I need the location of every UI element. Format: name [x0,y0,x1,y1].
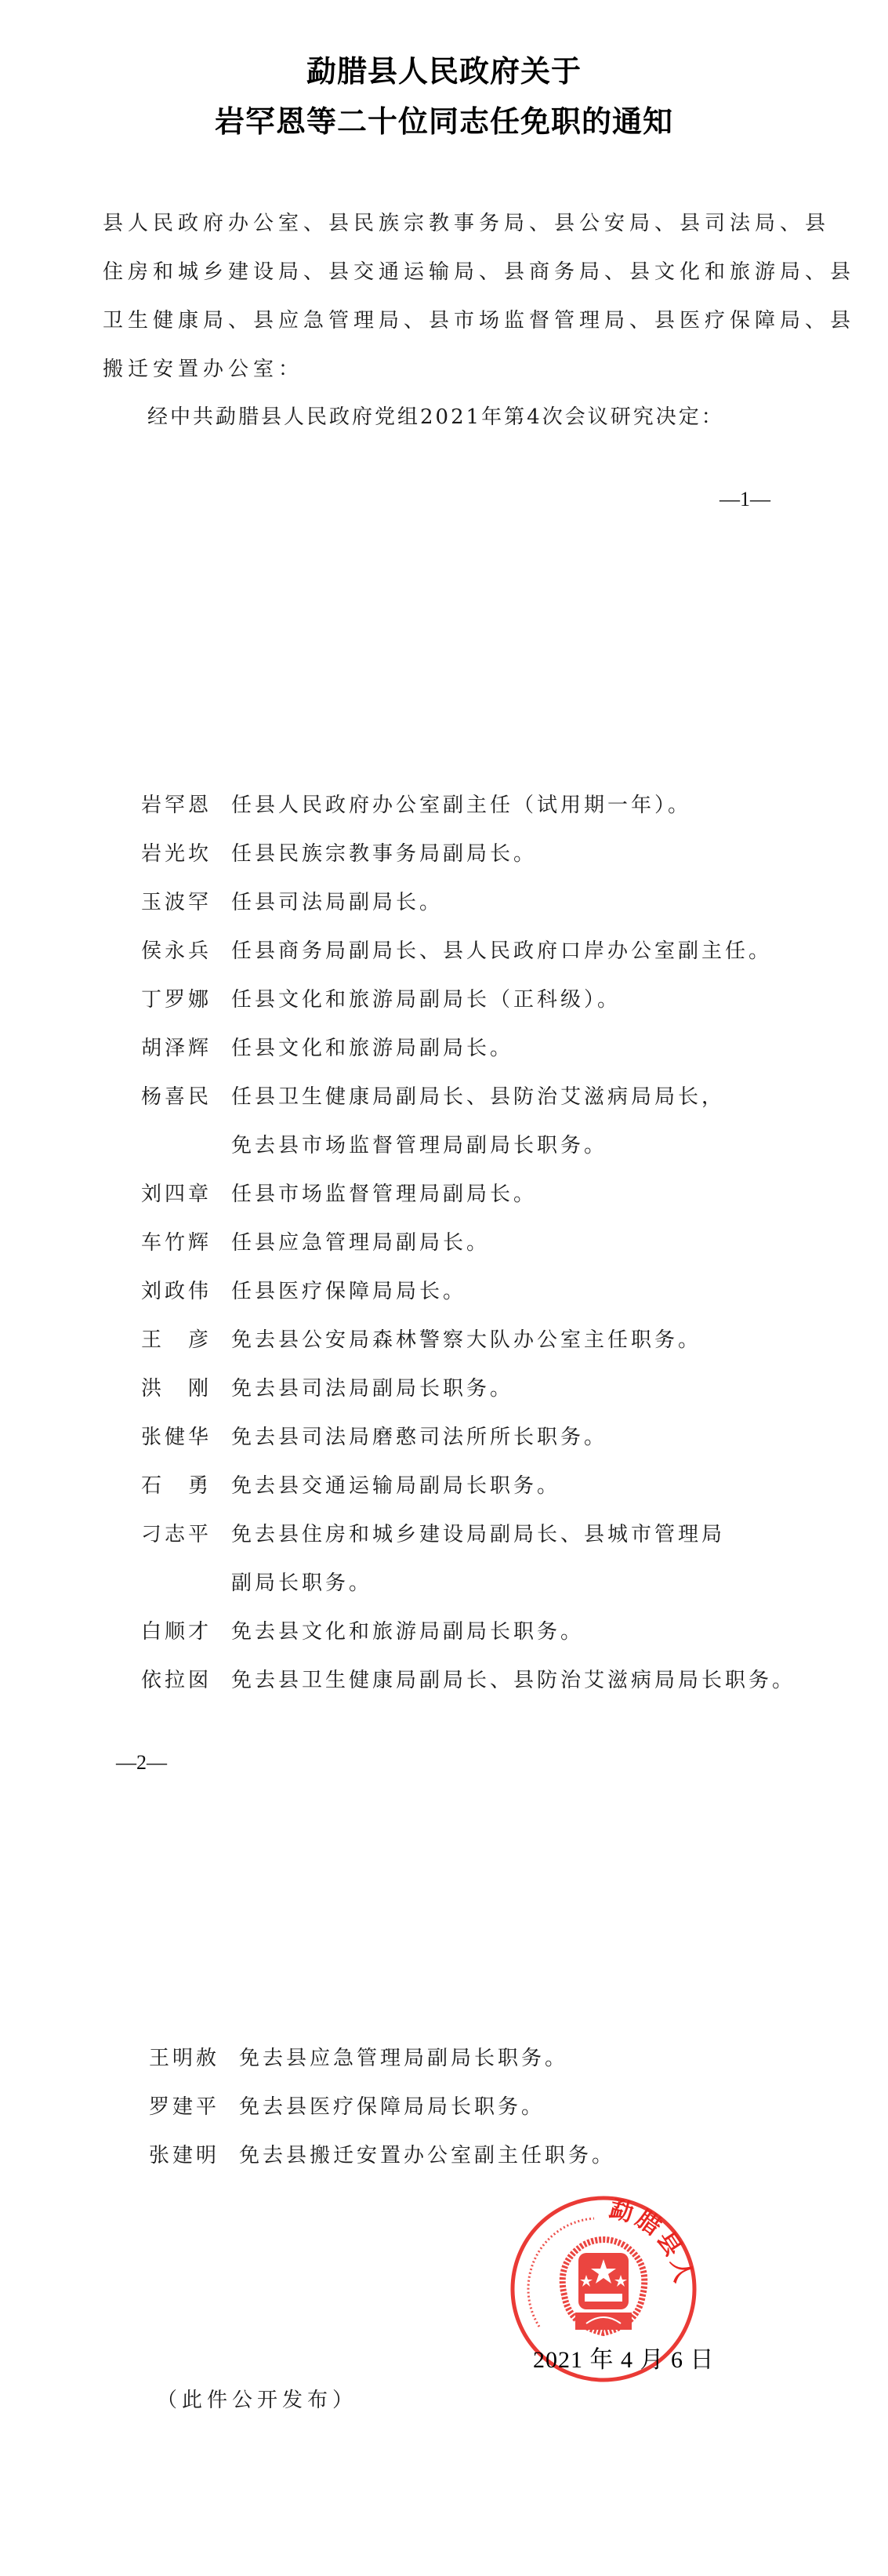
person-name: 岩光坎 [141,842,212,866]
person-name: 玉波罕 [141,891,212,914]
person-name: 白顺才 [141,1620,212,1644]
person-name: 刘四章 [141,1183,212,1206]
person-name: 杨喜民 [141,1085,212,1109]
appointment-continuation: 副局长职务。 [231,1571,372,1595]
decision-intro: 经中共勐腊县人民政府党组2021年第4次会议研究决定： [147,405,724,429]
person-name: 刁志平 [141,1523,212,1546]
person-name: 王明赦 [149,2047,219,2070]
page-number-2: —2— [116,1751,167,1775]
person-name: 胡泽辉 [141,1037,212,1060]
person-name: 张健华 [141,1426,212,1449]
person-duty: 免去县应急管理局副局长职务。 [239,2047,568,2070]
person-duty: 免去县文化和旅游局副局长职务。 [231,1620,584,1644]
person-duty: 免去县卫生健康局副局长、县防治艾滋病局局长职务。 [231,1669,796,1692]
issue-date: 2021 年 4 月 6 日 [533,2340,715,2374]
person-name: 石 勇 [141,1474,212,1498]
person-duty: 任县文化和旅游局副局长（正科级）。 [231,988,621,1012]
person-duty: 免去县司法局磨憨司法所所长职务。 [231,1426,607,1449]
publication-note: （此件公开发布） [157,2384,357,2413]
person-duty: 免去县司法局副局长职务。 [231,1377,513,1401]
person-duty: 免去县交通运输局副局长职务。 [231,1474,560,1498]
person-duty: 任县卫生健康局副局长、县防治艾滋病局局长， [231,1085,725,1109]
person-name: 张建明 [149,2144,219,2167]
person-name: 岩罕恩 [141,794,212,817]
person-duty: 任县文化和旅游局副局长。 [231,1037,513,1060]
person-name: 车竹辉 [141,1231,212,1255]
person-duty: 任县人民政府办公室副主任（试用期一年）。 [231,794,691,817]
person-duty: 免去县住房和城乡建设局副局长、县城市管理局 [231,1523,725,1546]
person-duty: 任县商务局副局长、县人民政府口岸办公室副主任。 [231,939,772,963]
addressee-line: 卫生健康局、县应急管理局、县市场监督管理局、县医疗保障局、县 [103,309,855,332]
person-duty: 任县司法局副局长。 [231,891,443,914]
person-name: 丁罗娜 [141,988,212,1012]
person-name: 王 彦 [141,1328,212,1352]
person-name: 侯永兵 [141,939,212,963]
person-duty: 任县应急管理局副局长。 [231,1231,490,1255]
document-title-line1: 勐腊县人民政府关于 [0,47,888,90]
person-duty: 免去县医疗保障局局长职务。 [239,2095,545,2119]
person-duty: 免去县公安局森林警察大队办公室主任职务。 [231,1328,701,1352]
person-name: 洪 刚 [141,1377,212,1401]
addressee-line: 搬迁安置办公室： [103,358,303,381]
person-name: 刘政伟 [141,1280,212,1303]
person-duty: 任县市场监督管理局副局长。 [231,1183,537,1206]
person-name: 依拉囡 [141,1669,212,1692]
addressee-line: 住房和城乡建设局、县交通运输局、县商务局、县文化和旅游局、县 [103,260,855,284]
person-duty: 免去县搬迁安置办公室副主任职务。 [239,2144,615,2167]
appointment-continuation: 免去县市场监督管理局副局长职务。 [231,1134,607,1157]
person-name: 罗建平 [149,2095,219,2119]
person-duty: 任县民族宗教事务局副局长。 [231,842,537,866]
addressee-line: 县人民政府办公室、县民族宗教事务局、县公安局、县司法局、县 [103,212,830,235]
page-number-1: —1— [719,488,770,511]
document-title-line2: 岩罕恩等二十位同志任免职的通知 [0,97,888,140]
person-duty: 任县医疗保障局局长。 [231,1280,466,1303]
